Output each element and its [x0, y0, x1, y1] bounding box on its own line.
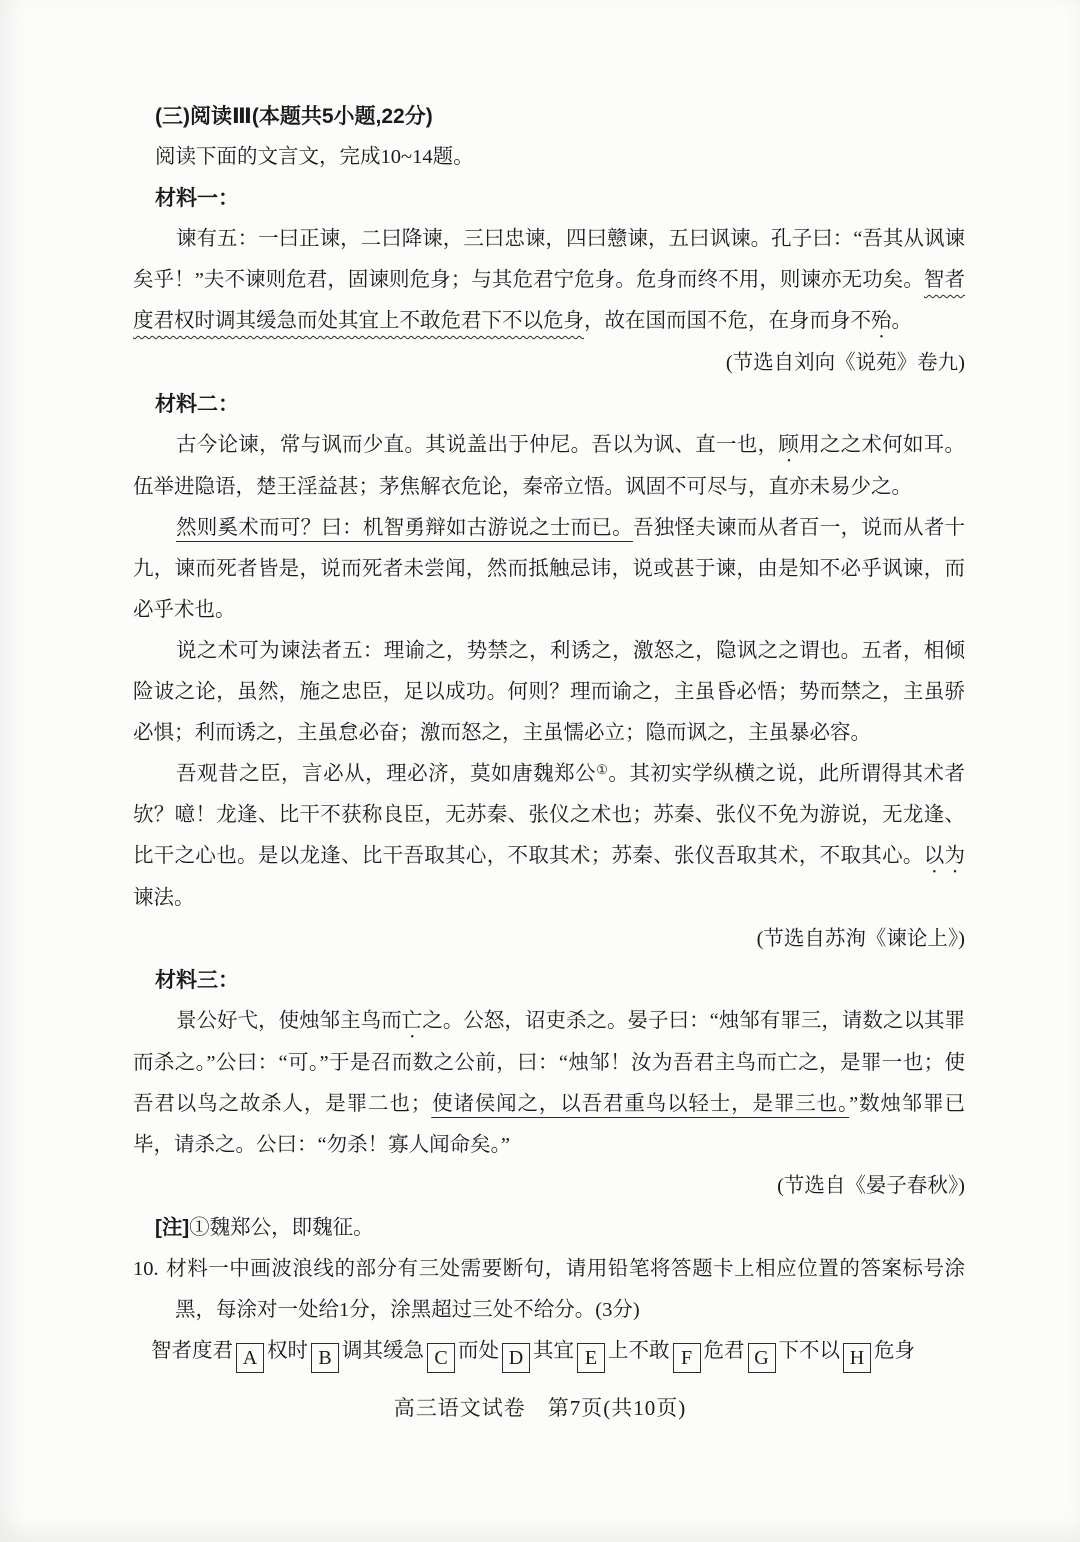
m2p1-dotted-char: 顾 — [778, 434, 799, 456]
answer-box-d[interactable]: D — [502, 1343, 530, 1373]
instruction-text: 阅读下面的文言文，完成10~14题。 — [133, 137, 965, 178]
material-two-paragraph-1: 古今论谏，常与讽而少直。其说盖出于仲尼。吾以为讽、直一也，顾用之之术何如耳。伍举… — [133, 425, 965, 508]
m3-dotted-char: 亡 — [402, 1010, 423, 1032]
answer-segment-8: 下不以 — [779, 1340, 841, 1362]
page-footer: 高三语文试卷 第7页(共10页) — [0, 1392, 1080, 1422]
question-10: 10.材料一中画波浪线的部分有三处需要断句，请用铅笔将答题卡上相应位置的答案标号… — [133, 1249, 965, 1331]
question-10-number: 10. — [133, 1258, 159, 1280]
question-10-answer-line: 智者度君A权时B调其缓急C而处D其宜E上不敢F危君G下不以H危身 — [133, 1331, 965, 1373]
material-two-paragraph-3: 说之术可为谏法者五：理谕之，势禁之，利诱之，激怒之，隐讽之之谓也。五者，相倾险诐… — [133, 631, 965, 754]
material-one-source: (节选自刘向《说苑》卷九) — [133, 343, 965, 384]
material-two-paragraph-2: 然则奚术而可？曰：机智勇辩如古游说之士而已。吾独怪夫谏而从者百一，说而从者十九，… — [133, 508, 965, 631]
exam-content: (三)阅读Ⅲ(本题共5小题,22分) 阅读下面的文言文，完成10~14题。 材料… — [133, 96, 965, 1373]
exam-page: (三)阅读Ⅲ(本题共5小题,22分) 阅读下面的文言文，完成10~14题。 材料… — [0, 0, 1080, 1542]
material-two-label: 材料二： — [133, 384, 965, 425]
answer-box-g[interactable]: G — [748, 1343, 776, 1373]
question-10-text: 材料一中画波浪线的部分有三处需要断句，请用铅笔将答题卡上相应位置的答案标号涂黑，… — [166, 1258, 965, 1321]
m3-underlined-text: 使诸侯闻之，以吾君重鸟以轻士，是罪三也。 — [431, 1093, 849, 1115]
m1-text-plain3: 。 — [892, 310, 913, 332]
material-three-label: 材料三： — [133, 960, 965, 1001]
answer-box-e[interactable]: E — [577, 1343, 605, 1373]
answer-segment-7: 危君 — [704, 1340, 745, 1362]
m1-text-plain1: 谏有五：一曰正谏，二曰降谏，三曰忠谏，四曰戆谏，五曰讽谏。孔子曰：“吾其从讽谏矣… — [133, 228, 965, 291]
answer-box-f[interactable]: F — [673, 1343, 701, 1373]
m1-dotted-char: 殆 — [871, 310, 892, 332]
footnote: [注]①魏郑公，即魏征。 — [133, 1207, 965, 1249]
m2p4-dotted-chars: 以为 — [924, 845, 965, 867]
answer-box-a[interactable]: A — [236, 1343, 264, 1373]
material-three-source: (节选自《晏子春秋》) — [133, 1166, 965, 1207]
answer-box-h[interactable]: H — [843, 1343, 871, 1373]
material-one-label: 材料一： — [133, 178, 965, 219]
m2p2-underlined-text: 然则奚术而可？曰：机智勇辩如古游说之士而已。 — [176, 517, 633, 539]
answer-segment-4: 而处 — [458, 1340, 499, 1362]
material-one-paragraph: 谏有五：一曰正谏，二曰降谏，三曰忠谏，四曰戆谏，五曰讽谏。孔子曰：“吾其从讽谏矣… — [133, 219, 965, 343]
answer-segment-6: 上不敢 — [608, 1340, 670, 1362]
answer-segment-2: 权时 — [267, 1340, 308, 1362]
answer-box-b[interactable]: B — [311, 1343, 339, 1373]
material-two-paragraph-4: 吾观昔之臣，言必从，理必济，莫如唐魏郑公①。其初实学纵横之说，此所谓得其术者欤？… — [133, 754, 965, 919]
footnote-bracket: [注] — [155, 1216, 189, 1239]
m1-text-plain2: ，故在国而国不危，在身而身不 — [584, 310, 871, 332]
answer-segment-9: 危身 — [874, 1340, 915, 1362]
material-two-source: (节选自苏洵《谏论上》) — [133, 919, 965, 960]
answer-segment-3: 调其缓急 — [342, 1340, 424, 1362]
footnote-text: ①魏郑公，即魏征。 — [189, 1217, 374, 1239]
material-three-paragraph: 景公好弋，使烛邹主鸟而亡之。公怒，诏吏杀之。晏子曰：“烛邹有罪三，请数之以其罪而… — [133, 1001, 965, 1166]
m3-text-plain1: 景公好弋，使烛邹主鸟而 — [176, 1010, 402, 1032]
answer-box-c[interactable]: C — [427, 1343, 455, 1373]
answer-segment-5: 其宜 — [533, 1340, 574, 1362]
m2p4-text-plain1: 吾观昔之臣，言必从，理必济，莫如唐魏郑公 — [176, 763, 596, 785]
answer-segment-1: 智者度君 — [151, 1340, 233, 1362]
m2p4-text-plain3: 谏法。 — [133, 887, 195, 909]
section-heading: (三)阅读Ⅲ(本题共5小题,22分) — [133, 96, 965, 137]
footnote-reference-mark: ① — [596, 762, 608, 777]
m2p1-text-plain1: 古今论谏，常与讽而少直。其说盖出于仲尼。吾以为讽、直一也， — [176, 434, 778, 456]
